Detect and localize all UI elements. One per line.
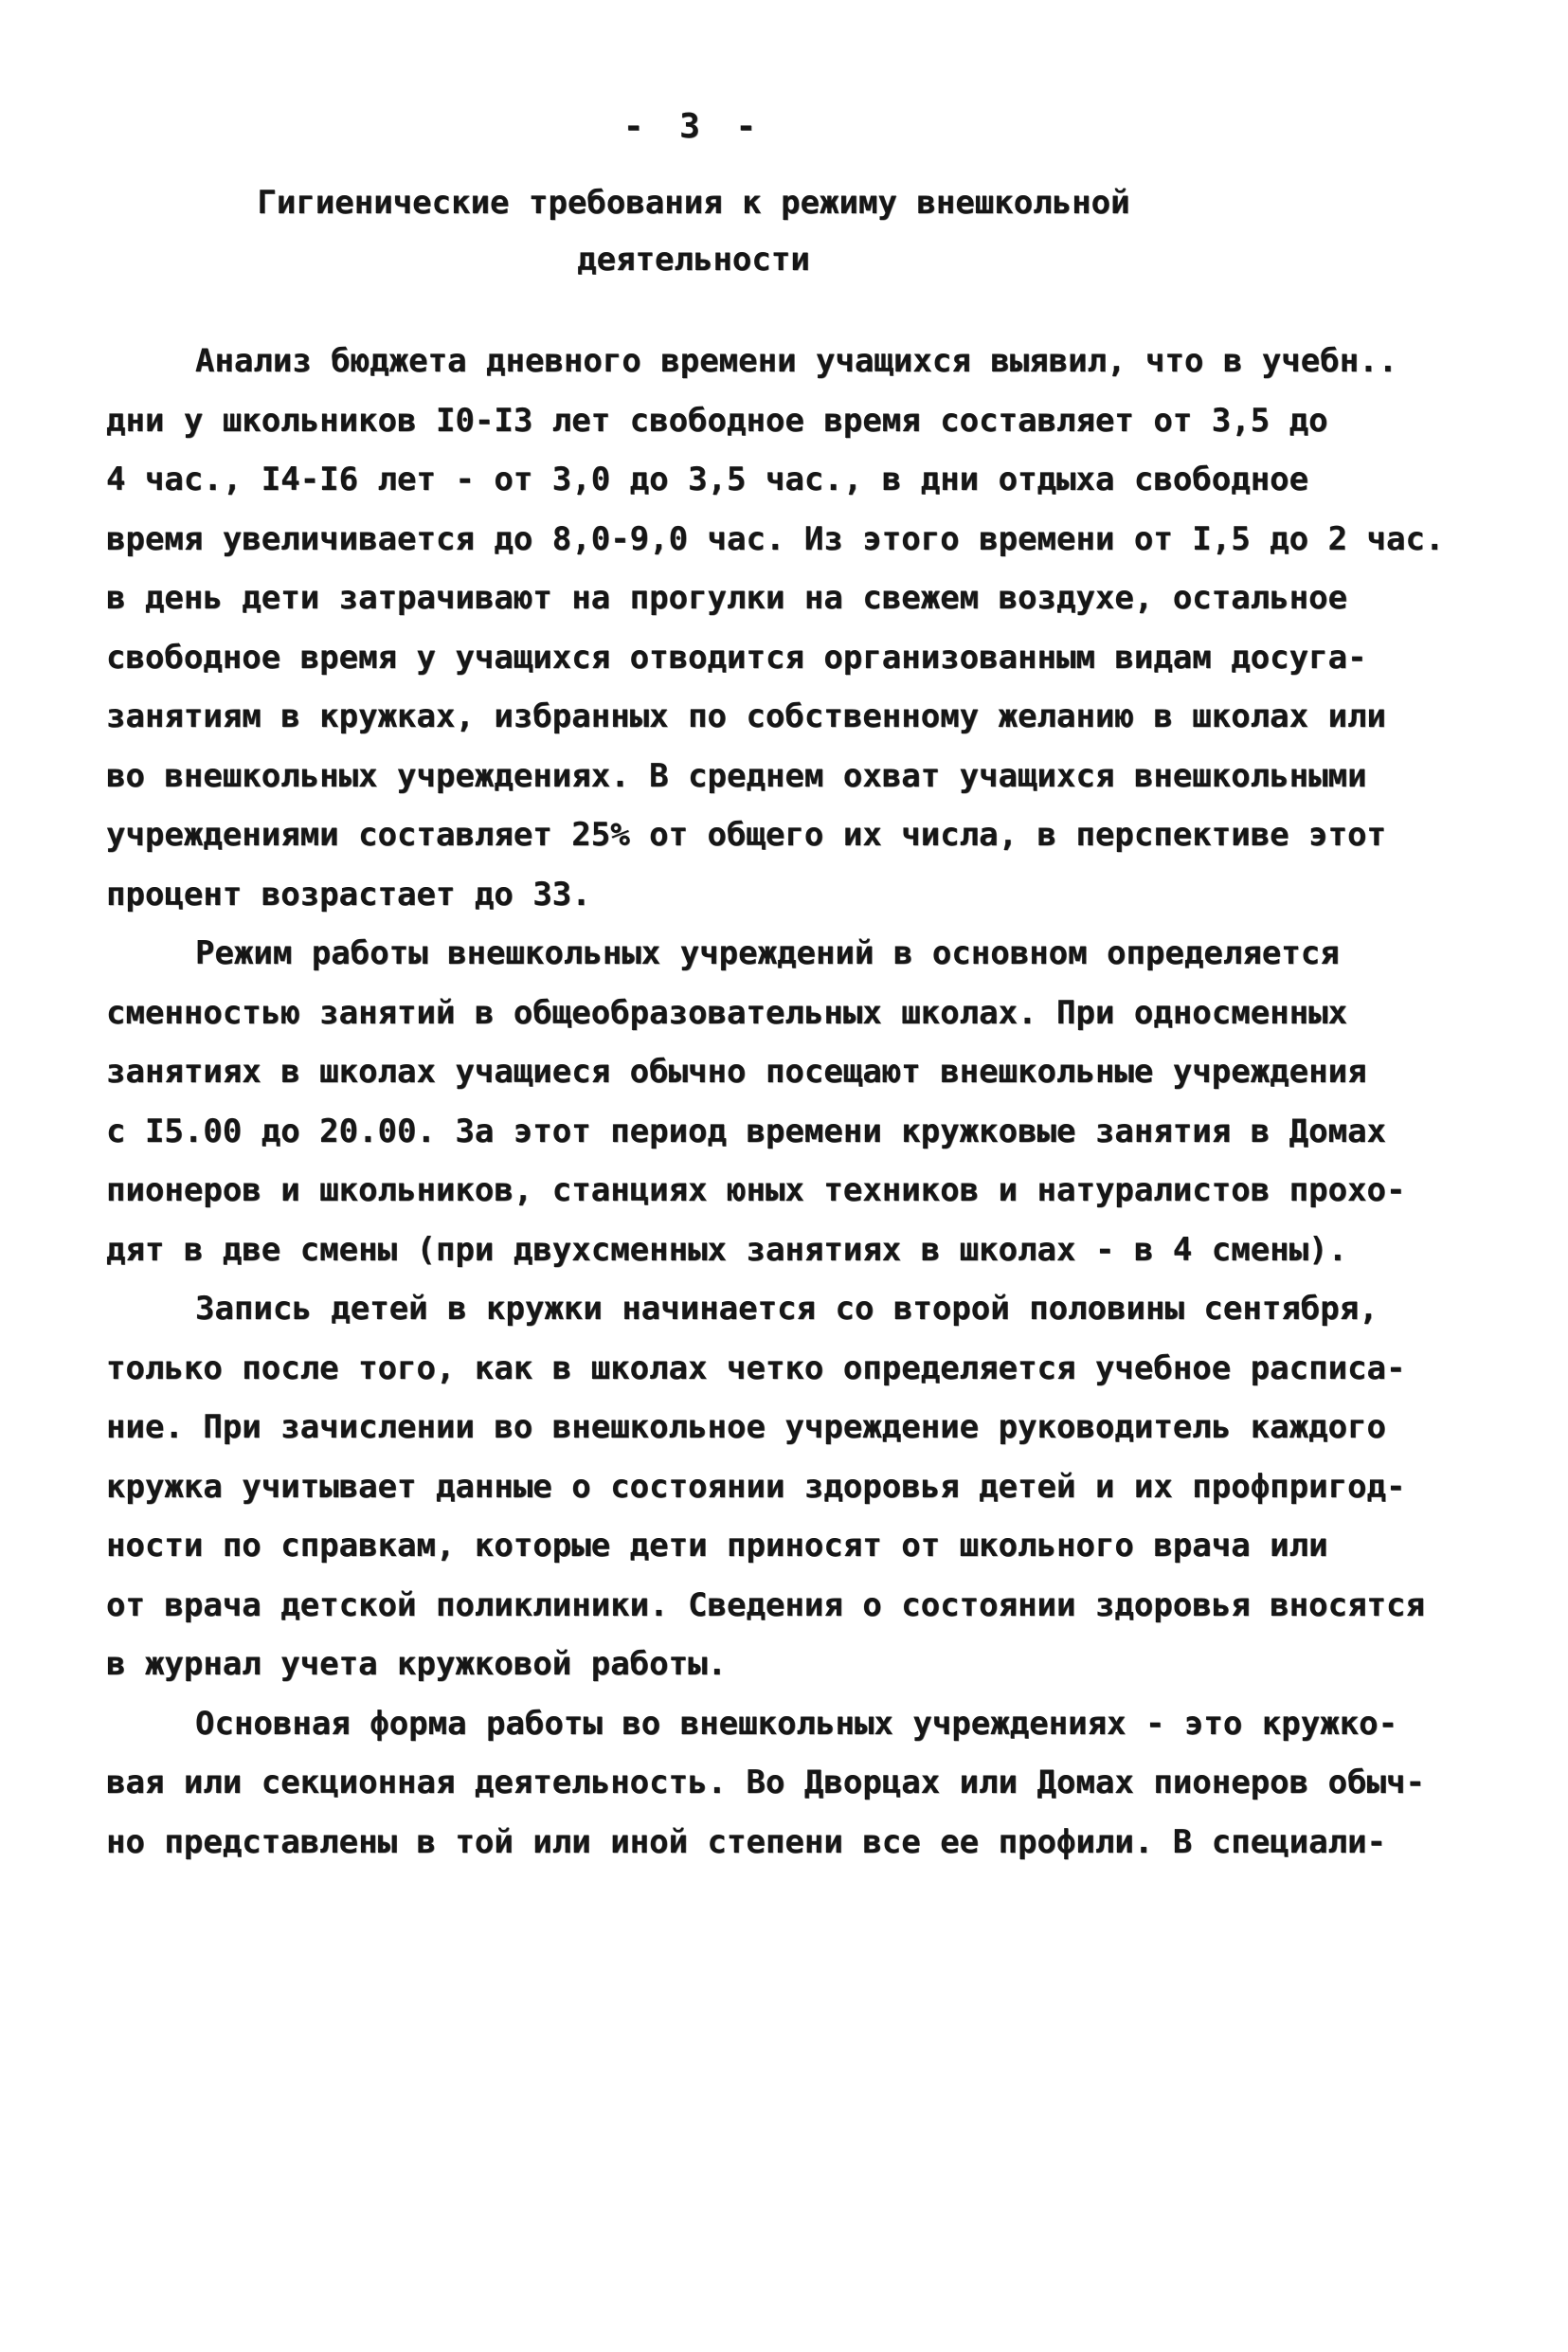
text-line: но представлены в той или иной степени в… (106, 1813, 1489, 1873)
document-body: Анализ бюджета дневного времени учащихся… (106, 332, 1489, 1872)
scanned-document-page: - 3 - Гигиенические требования к режиму … (0, 0, 1568, 2352)
text-line: Основная форма работы во внешкольных учр… (106, 1694, 1489, 1754)
text-line: 4 час., I4-I6 лет - от 3,0 до 3,5 час., … (106, 450, 1489, 510)
document-title-line-2: деятельности (106, 231, 1281, 288)
text-line: только после того, как в школах четко оп… (106, 1339, 1489, 1399)
text-line: занятиях в школах учащиеся обычно посеща… (106, 1042, 1489, 1102)
text-line: время увеличивается до 8,0-9,0 час. Из э… (106, 510, 1489, 570)
text-line: Запись детей в кружки начинается со втор… (106, 1279, 1489, 1339)
text-line: в день дети затрачивают на прогулки на с… (106, 569, 1489, 628)
text-line: Режим работы внешкольных учреждений в ос… (106, 924, 1489, 984)
document-title-line-1: Гигиенические требования к режиму внешко… (106, 174, 1281, 231)
text-line: вая или секционная деятельность. Во Двор… (106, 1753, 1489, 1813)
text-line: свободное время у учащихся отводится орг… (106, 628, 1489, 688)
text-line: от врача детской поликлиники. Сведения о… (106, 1576, 1489, 1636)
text-line: сменностью занятий в общеобразовательных… (106, 984, 1489, 1043)
text-line: дни у школьников I0-I3 лет свободное вре… (106, 391, 1489, 451)
page-number: - 3 - (106, 106, 1281, 148)
text-line: учреждениями составляет 25% от общего их… (106, 805, 1489, 865)
text-line: занятиям в кружках, избранных по собстве… (106, 687, 1489, 747)
text-line: во внешкольных учреждениях. В среднем ох… (106, 747, 1489, 806)
text-line: кружка учитывает данные о состоянии здор… (106, 1457, 1489, 1517)
text-line: ние. При зачислении во внешкольное учреж… (106, 1398, 1489, 1457)
text-line: дят в две смены (при двухсменных занятия… (106, 1221, 1489, 1280)
text-line: процент возрастает до 33. (106, 865, 1489, 925)
text-line: ности по справкам, которые дети приносят… (106, 1516, 1489, 1576)
text-line: пионеров и школьников, станциях юных тех… (106, 1161, 1489, 1221)
text-line: с I5.00 до 20.00. За этот период времени… (106, 1102, 1489, 1162)
text-line: Анализ бюджета дневного времени учащихся… (106, 332, 1489, 391)
text-line: в журнал учета кружковой работы. (106, 1635, 1489, 1694)
document-title: Гигиенические требования к режиму внешко… (106, 174, 1281, 288)
